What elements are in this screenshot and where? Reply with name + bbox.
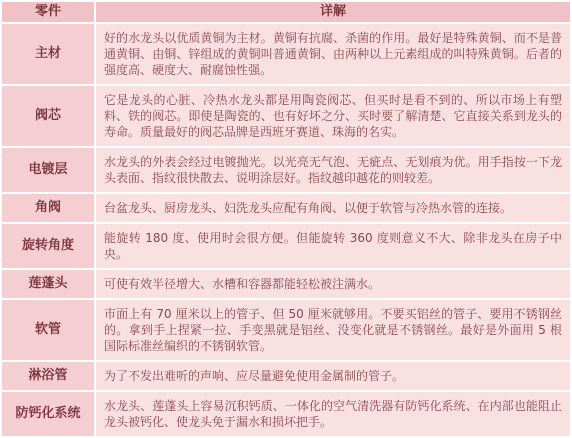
part-cell: 旋转角度 — [2, 224, 94, 268]
part-column-header: 零件 — [2, 2, 94, 22]
part-cell: 阀芯 — [2, 86, 94, 146]
table-row: 电镀层 水龙头的外表会经过电镀抛光。以光亮无气泡、无疵点、无划痕为优。用手指按一… — [2, 148, 570, 192]
part-cell: 淋浴管 — [2, 362, 94, 390]
part-cell: 软管 — [2, 300, 94, 360]
table-row: 防钙化系统 水龙头、莲蓬头上容易沉积钙质、一体化的空气清洗器有防钙化系统、在内部… — [2, 392, 570, 436]
table-row: 主材 好的水龙头以优质黄铜为主材。黄铜有抗腐、杀菌的作用。最好是特殊黄铜、而不是… — [2, 24, 570, 84]
table-row: 旋转角度 能旋转 180 度、使用时会很方便。但能旋转 360 度则意义不大、除… — [2, 224, 570, 268]
table-row: 阀芯 它是龙头的心脏、冷热水龙头都是用陶瓷阀芯、但买时是看不到的、所以市场上有塑… — [2, 86, 570, 146]
table-row: 莲蓬头 可使有效半径增大、水槽和容器都能轻松被注满水。 — [2, 270, 570, 298]
detail-cell: 为了不发出难听的声响、应尽量避免使用金属制的管子。 — [96, 362, 570, 390]
table-row: 淋浴管 为了不发出难听的声响、应尽量避免使用金属制的管子。 — [2, 362, 570, 390]
part-cell: 莲蓬头 — [2, 270, 94, 298]
detail-cell: 市面上有 70 厘米以上的管子、但 50 厘米就够用。不要买铝丝的管子、要用不锈… — [96, 300, 570, 360]
detail-cell: 台盆龙头、厨房龙头、妇洗龙头应配有角阀、以便于软管与冷热水管的连接。 — [96, 194, 570, 222]
detail-cell: 好的水龙头以优质黄铜为主材。黄铜有抗腐、杀菌的作用。最好是特殊黄铜、而不是普通黄… — [96, 24, 570, 84]
part-cell: 角阀 — [2, 194, 94, 222]
detail-cell: 能旋转 180 度、使用时会很方便。但能旋转 360 度则意义不大、除非龙头在房… — [96, 224, 570, 268]
table-row: 角阀 台盆龙头、厨房龙头、妇洗龙头应配有角阀、以便于软管与冷热水管的连接。 — [2, 194, 570, 222]
faucet-parts-table: 零件 详解 主材 好的水龙头以优质黄铜为主材。黄铜有抗腐、杀菌的作用。最好是特殊… — [0, 0, 572, 438]
detail-cell: 水龙头、莲蓬头上容易沉积钙质、一体化的空气清洗器有防钙化系统、在内部也能阻止龙头… — [96, 392, 570, 436]
table-row: 软管 市面上有 70 厘米以上的管子、但 50 厘米就够用。不要买铝丝的管子、要… — [2, 300, 570, 360]
detail-cell: 水龙头的外表会经过电镀抛光。以光亮无气泡、无疵点、无划痕为优。用手指按一下龙头表… — [96, 148, 570, 192]
detail-cell: 可使有效半径增大、水槽和容器都能轻松被注满水。 — [96, 270, 570, 298]
part-cell: 主材 — [2, 24, 94, 84]
table-header-row: 零件 详解 — [2, 2, 570, 22]
detail-cell: 它是龙头的心脏、冷热水龙头都是用陶瓷阀芯、但买时是看不到的、所以市场上有塑料、铁… — [96, 86, 570, 146]
part-cell: 防钙化系统 — [2, 392, 94, 436]
part-cell: 电镀层 — [2, 148, 94, 192]
detail-column-header: 详解 — [96, 2, 570, 22]
